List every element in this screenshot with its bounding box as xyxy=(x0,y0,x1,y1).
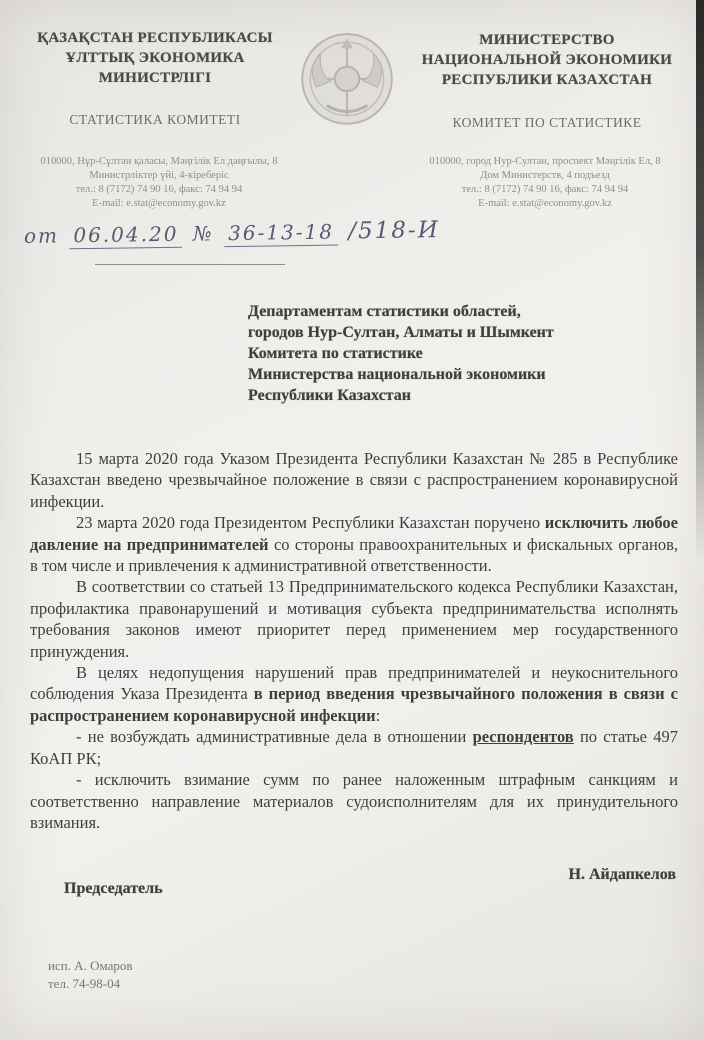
contact-address-kk: 010000, Нұр-Сұлтан қаласы, Мәңгілік Ел д… xyxy=(14,155,304,169)
signer-name: Н. Айдапкелов xyxy=(569,866,676,884)
executor-block: исп. А. Омаров тел. 74-98-04 xyxy=(48,957,133,993)
kazakhstan-coat-of-arms-icon xyxy=(296,26,398,138)
executor-phone: тел. 74-98-04 xyxy=(48,975,133,993)
paragraph-business-code: В соответствии со статьей 13 Предпринима… xyxy=(30,576,678,662)
reference-form-line xyxy=(95,264,285,265)
recipient-line5: Республики Казахстан xyxy=(248,385,688,406)
reference-number: 36-13-18 xyxy=(224,220,338,248)
scanned-letter-page: ҚАЗАҚСТАН РЕСПУБЛИКАСЫ ҰЛТТЫҚ ЭКОНОМИКА … xyxy=(0,0,704,1040)
org-name-russian-line1: МИНИСТЕРСТВО xyxy=(396,30,698,50)
contact-building-ru: Дом Министерств, 4 подъезд xyxy=(392,169,698,183)
executor-name: исп. А. Омаров xyxy=(48,957,133,975)
contact-building-kk: Министрліктер үйі, 4-кіреберіс xyxy=(14,169,304,183)
bullet-1-text: - не возбуждать административные дела в … xyxy=(76,727,473,746)
paragraph-purpose: В целях недопущения нарушений прав предп… xyxy=(30,662,678,726)
paragraph-2-text: 23 марта 2020 года Президентом Республик… xyxy=(76,513,545,532)
org-name-russian-line2: НАЦИОНАЛЬНОЙ ЭКОНОМИКИ xyxy=(396,50,698,70)
reference-number-sign: № xyxy=(193,221,214,245)
recipient-line2: городов Нур-Султан, Алматы и Шымкент xyxy=(248,322,688,343)
recipient-line1: Департаментам статистики областей, xyxy=(248,301,688,322)
contact-block-kazakh: 010000, Нұр-Сұлтан қаласы, Мәңгілік Ел д… xyxy=(14,155,304,211)
paragraph-emergency-decree: 15 марта 2020 года Указом Президента Рес… xyxy=(30,448,678,512)
reference-suffix: /518-И xyxy=(348,217,440,244)
contact-email-kk: E-mail: e.stat@economy.gov.kz xyxy=(14,197,304,211)
committee-name-russian: КОМИТЕТ ПО СТАТИСТИКЕ xyxy=(396,115,698,131)
bullet-no-admin-cases: - не возбуждать административные дела в … xyxy=(30,726,678,769)
paragraph-4-colon: : xyxy=(376,706,381,725)
org-name-kazakh: ҚАЗАҚСТАН РЕСПУБЛИКАСЫ ҰЛТТЫҚ ЭКОНОМИКА … xyxy=(14,28,296,88)
recipient-line3: Комитета по статистике xyxy=(248,343,688,364)
contact-email-ru: E-mail: e.stat@economy.gov.kz xyxy=(392,197,698,211)
contact-phone-kk: тел.: 8 (7172) 74 90 16, факс: 74 94 94 xyxy=(14,183,304,197)
letter-body: 15 марта 2020 года Указом Президента Рес… xyxy=(30,448,678,833)
org-name-kazakh-line2: ҰЛТТЫҚ ЭКОНОМИКА xyxy=(14,48,296,68)
paragraph-president-instruction: 23 марта 2020 года Президентом Республик… xyxy=(30,512,678,576)
org-name-kazakh-line3: МИНИСТРЛІГІ xyxy=(14,68,296,88)
reference-date: 06.04.20 xyxy=(69,222,182,250)
handwritten-reference: от 06.04.20 № 36-13-18 /518-И xyxy=(24,217,444,249)
org-name-russian: МИНИСТЕРСТВО НАЦИОНАЛЬНОЙ ЭКОНОМИКИ РЕСП… xyxy=(396,30,698,90)
committee-name-kazakh: СТАТИСТИКА КОМИТЕТІ xyxy=(14,112,296,128)
contact-phone-ru: тел.: 8 (7172) 74 90 16, факс: 74 94 94 xyxy=(392,183,698,197)
bullet-1-underlined-text: респондентов xyxy=(473,727,574,746)
bullet-no-fines-collection: - исключить взимание сумм по ранее налож… xyxy=(30,769,678,833)
contact-block-russian: 010000, город Нур-Султан, проспект Мәңгі… xyxy=(392,155,698,211)
reference-prefix: от xyxy=(24,223,59,247)
org-name-kazakh-line1: ҚАЗАҚСТАН РЕСПУБЛИКАСЫ xyxy=(14,28,296,48)
recipient-line4: Министерства национальной экономики xyxy=(248,364,688,385)
contact-address-ru: 010000, город Нур-Султан, проспект Мәңгі… xyxy=(392,155,698,169)
recipient-block: Департаментам статистики областей, город… xyxy=(248,301,688,406)
org-name-russian-line3: РЕСПУБЛИКИ КАЗАХСТАН xyxy=(396,70,698,90)
signer-title: Председатель xyxy=(64,880,163,898)
